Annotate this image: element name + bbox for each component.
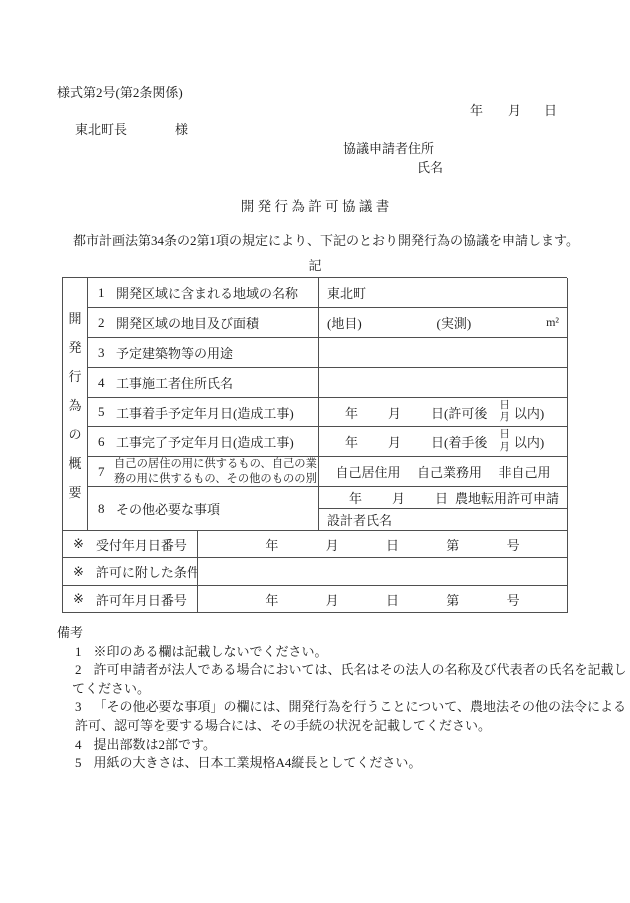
star-label-text: 許可に附した条件 [96, 562, 198, 581]
remark-number: 3 [75, 698, 82, 717]
row-label-text: 工事施工者住所氏名 [116, 373, 233, 392]
year-label: 年 [345, 432, 358, 451]
addressee: 東北町長 [75, 122, 127, 137]
side-header-char: 行 [68, 366, 81, 385]
remark-text: 許可申請者が法人である場合においては、氏名はその法人の名称及び代表者の氏名を記載… [94, 662, 627, 677]
row-label-use-classification: 7 自己の居住の用に供するもの、自己の業 務の用に供するもの、その他のものの別 [88, 457, 319, 487]
row-number: 4 [98, 375, 110, 391]
month-label: 月 [388, 403, 401, 422]
row-number: 3 [98, 345, 110, 361]
side-header-char: 開 [68, 308, 81, 327]
date-month-label: 月 [508, 103, 521, 118]
side-header-char: 概 [68, 453, 81, 472]
row-number: 8 [98, 501, 110, 517]
row-label-text: 予定建築物等の用途 [116, 343, 233, 362]
option-self-residence: 自己居住用 [335, 462, 400, 481]
number-suffix-label: 号 [507, 590, 520, 609]
remark-number: 4 [75, 736, 82, 755]
day-label: 日 [386, 590, 399, 609]
form-page: 様式第2号(第2条関係) 年月日 東北町長様 協議申請者住所 氏名 開 発 行 … [0, 0, 630, 903]
document-title: 開 発 行 為 許 可 協 議 書 [0, 195, 630, 215]
year-label: 年 [349, 488, 362, 507]
day-month-stack: 日 月 [499, 400, 510, 425]
remark-text: 「その他必要な事項」の欄には、開発行為を行うことについて、農地法その他の法令によ… [94, 699, 626, 714]
date-year-label: 年 [470, 103, 483, 118]
remark-line: 3「その他必要な事項」の欄には、開発行為を行うことについて、農地法その他の法令に… [57, 698, 582, 717]
record-mark: 記 [0, 255, 630, 274]
month-label: 月 [392, 488, 405, 507]
remark-text: てください。 [72, 681, 150, 696]
value-text: 東北町 [327, 283, 366, 302]
remark-line: 許可、認可等を要する場合には、その手続の状況を記載してください。 [57, 717, 582, 736]
remark-text: ※印のある欄は記載しないでください。 [94, 644, 328, 659]
number-prefix-label: 第 [446, 590, 459, 609]
within-label: 以内) [514, 432, 544, 451]
applicant-address-label: 協議申請者住所 [343, 138, 434, 157]
remark-number: 1 [75, 643, 82, 662]
row-label-work-start-date: 5 工事着手予定年月日(造成工事) [88, 398, 319, 427]
row-label-building-use: 3 予定建築物等の用途 [88, 338, 319, 368]
star-row-value-conditions [198, 558, 568, 586]
measured-label: (実測) [437, 313, 472, 332]
star-mark: ※ [73, 536, 84, 552]
row-label-text: 自己の居住の用に供するもの、自己の業 務の用に供するもの、その他のものの別 [114, 457, 317, 486]
remark-number: 5 [75, 754, 82, 773]
intro-sentence: 都市計画法第34条の2第1項の規定により、下記のとおり開発行為の協議を申請します… [73, 230, 579, 249]
row-label-text: 工事完了予定年月日(造成工事) [116, 432, 294, 451]
day-label: 日 [435, 488, 448, 507]
remark-line: 5用紙の大きさは、日本工業規格A4縦長としてください。 [57, 754, 582, 773]
remark-line: 1※印のある欄は記載しないでください。 [57, 643, 582, 662]
day-label: 日 [386, 535, 399, 554]
side-header-char: の [68, 424, 81, 443]
row-number: 7 [98, 464, 110, 480]
year-label: 年 [265, 535, 278, 554]
stack-day: 日 [499, 400, 510, 412]
value-land-category-area: (地目) (実測) m² [319, 308, 568, 338]
value-work-start-date: 年 月 日(許可後 日 月 以内) [319, 398, 568, 427]
year-label: 年 [345, 403, 358, 422]
within-label: 以内) [514, 403, 544, 422]
farmland-permit-label: 農地転用許可申請 [455, 488, 559, 507]
remark-line: 2許可申請者が法人である場合においては、氏名はその法人の名称及び代表者の氏名を記… [57, 661, 582, 680]
value-work-complete-date: 年 月 日(着手後 日 月 以内) [319, 427, 568, 457]
remarks-section: 備考 1※印のある欄は記載しないでください。 2許可申請者が法人である場合におい… [57, 624, 582, 773]
date-day-label: 日 [544, 103, 557, 118]
remark-text: 許可、認可等を要する場合には、その手続の状況を記載してください。 [75, 718, 491, 733]
applicant-name-label: 氏名 [417, 157, 443, 176]
row-label-work-complete-date: 6 工事完了予定年月日(造成工事) [88, 427, 319, 457]
month-label: 月 [388, 432, 401, 451]
row-number: 1 [98, 285, 110, 301]
value-farmland-conversion: 年 月 日 農地転用許可申請 [319, 487, 568, 509]
row-label-text: その他必要な事項 [116, 499, 220, 518]
row-label-text: 開発区域に含まれる地域の名称 [116, 283, 298, 302]
star-label-text: 受付年月日番号 [96, 535, 187, 554]
option-non-self: 非自己用 [498, 462, 550, 481]
year-label: 年 [265, 590, 278, 609]
remark-text: 提出部数は2部です。 [94, 737, 216, 752]
row-label-text: 開発区域の地目及び面積 [116, 313, 259, 332]
month-label: 月 [326, 590, 339, 609]
row-label-other-items: 8 その他必要な事項 [88, 487, 319, 531]
side-header-char: 発 [68, 337, 81, 356]
row-number: 6 [98, 434, 110, 450]
number-suffix-label: 号 [507, 535, 520, 554]
value-area-name: 東北町 [319, 278, 568, 308]
form-code: 様式第2号(第2条関係) [57, 82, 183, 101]
remark-number: 2 [75, 661, 82, 680]
land-category-label: (地目) [327, 313, 362, 332]
row-label-area-name: 1 開発区域に含まれる地域の名称 [88, 278, 319, 308]
development-summary-table: 開 発 行 為 の 概 要 1 開発区域に含まれる地域の名称 東北町 2 開発区… [62, 277, 567, 613]
star-row-value-receipt: 年 月 日 第 号 [198, 531, 568, 558]
value-designer-name: 設計者氏名 [319, 509, 568, 531]
stack-month: 月 [499, 412, 510, 424]
star-label-text: 許可年月日番号 [96, 590, 187, 609]
label-line1: 自己の居住の用に供するもの、自己の業 [114, 457, 317, 471]
star-mark: ※ [73, 564, 84, 580]
day-month-stack: 日 月 [499, 429, 510, 454]
row-number: 5 [98, 404, 110, 420]
honorific: 様 [175, 122, 188, 137]
side-header-development-outline: 開 発 行 為 の 概 要 [63, 278, 88, 531]
remark-line: てください。 [57, 680, 582, 699]
stack-month: 月 [499, 442, 510, 454]
square-meter-unit: m² [546, 315, 559, 330]
label-line2: 務の用に供するもの、その他のものの別 [114, 472, 317, 486]
side-header-char: 為 [68, 395, 81, 414]
addressee-line: 東北町長様 [75, 119, 188, 138]
star-mark: ※ [73, 591, 84, 607]
stack-day: 日 [499, 429, 510, 441]
star-row-label-conditions: ※ 許可に附した条件 [63, 558, 198, 586]
remark-line: 4提出部数は2部です。 [57, 736, 582, 755]
option-self-business: 自己業務用 [417, 462, 482, 481]
number-prefix-label: 第 [446, 535, 459, 554]
row-label-contractor: 4 工事施工者住所氏名 [88, 368, 319, 398]
header-date-line: 年月日 [470, 100, 557, 119]
star-row-value-permit: 年 月 日 第 号 [198, 586, 568, 613]
row-number: 2 [98, 315, 110, 331]
remarks-heading: 備考 [57, 624, 582, 643]
side-header-char: 要 [68, 482, 81, 501]
remark-text: 用紙の大きさは、日本工業規格A4縦長としてください。 [94, 755, 422, 770]
value-building-use [319, 338, 568, 368]
star-row-label-permit: ※ 許可年月日番号 [63, 586, 198, 613]
day-clause: 日(許可後 [431, 403, 487, 422]
day-clause: 日(着手後 [431, 432, 487, 451]
designer-name-label: 設計者氏名 [327, 510, 392, 529]
row-label-land-category-area: 2 開発区域の地目及び面積 [88, 308, 319, 338]
value-use-classification: 自己居住用 自己業務用 非自己用 [319, 457, 568, 487]
star-row-label-receipt: ※ 受付年月日番号 [63, 531, 198, 558]
value-contractor [319, 368, 568, 398]
row-label-text: 工事着手予定年月日(造成工事) [116, 403, 294, 422]
month-label: 月 [326, 535, 339, 554]
